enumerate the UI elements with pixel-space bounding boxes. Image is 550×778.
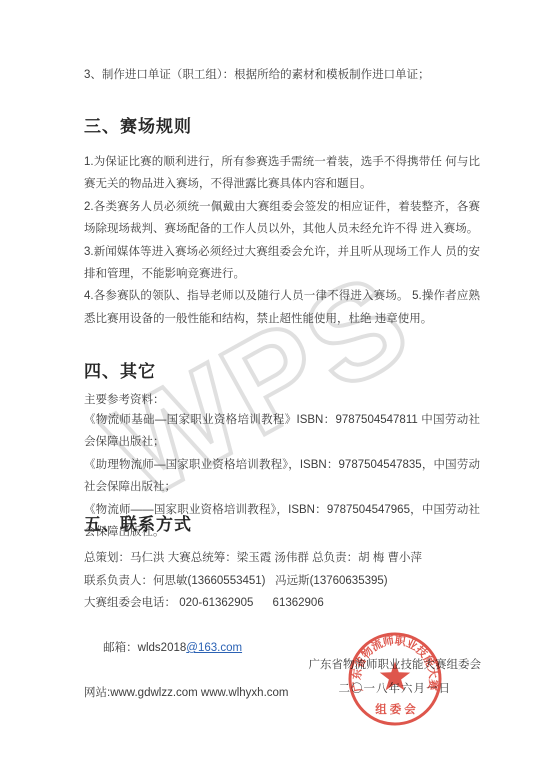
email-link[interactable]: @163.com	[186, 642, 242, 654]
section-heading-contact: 五、联系方式	[84, 510, 480, 535]
section-heading-other: 四、其它	[84, 357, 480, 382]
signature-block: 广东省物流师职业技能大赛组委会 二〇一八年六月一日	[309, 658, 482, 696]
rule-item: 2.各类赛务人员必须统一佩戴由大赛组委会签发的相应证件，着装整齐，各赛场除现场裁…	[84, 196, 480, 241]
signature-date: 二〇一八年六月一日	[309, 682, 482, 696]
phone-line: 大赛组委会电话： 020-61362905 61362906	[84, 592, 480, 615]
section-heading-rules: 三、赛场规则	[84, 112, 480, 137]
email-label: 邮箱：	[103, 642, 138, 654]
signature-organization: 广东省物流师职业技能大赛组委会	[309, 658, 482, 672]
reference-item: 《助理物流师—国家职业资格培训教程》，ISBN：9787504547835，中国…	[84, 454, 480, 499]
email-user: wlds2018	[138, 642, 187, 654]
reference-item: 《物流师基础—国家职业资格培训教程》ISBN：9787504547811 中国劳…	[84, 409, 480, 454]
rule-item: 1.为保证比赛的顺利进行，所有参赛选手需统一着装，选手不得携带任 何与比赛无关的…	[84, 151, 480, 196]
rule-item: 3.新闻媒体等进入赛场必须经过大赛组委会允许，并且听从现场工作人 员的安排和管理…	[84, 241, 480, 286]
rule-item: 4.各参赛队的领队、指导老师以及随行人员一律不得进入赛场。 5.操作者应熟悉比赛…	[84, 285, 480, 330]
document-page: WPS 3、制作进口单证（职工组）：根据所给的素材和模板制作进口单证； 三、赛场…	[0, 0, 550, 778]
rules-paragraphs: 1.为保证比赛的顺利进行，所有参赛选手需统一着装，选手不得携带任 何与比赛无关的…	[84, 151, 480, 330]
planners-line: 总策划：马仁洪 大赛总统筹：梁玉霞 汤伟群 总负责：胡 梅 曹小萍	[84, 547, 480, 570]
task-item-line: 3、制作进口单证（职工组）：根据所给的素材和模板制作进口单证；	[84, 64, 480, 86]
contact-persons-line: 联系负责人：何思敏(13660553451) 冯远斯(13760635395)	[84, 570, 480, 593]
